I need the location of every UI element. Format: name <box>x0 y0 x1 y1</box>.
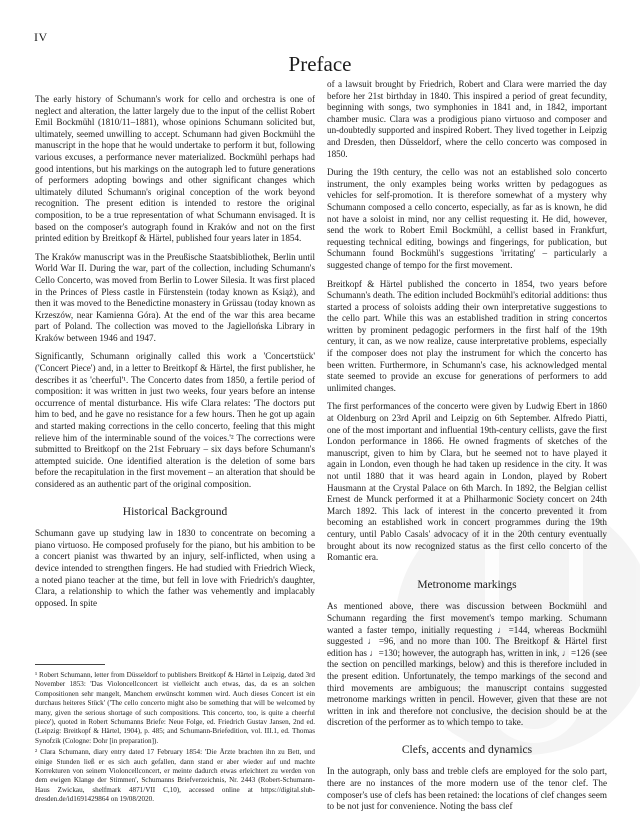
paragraph: Schumann gave up studying law in 1830 to… <box>35 528 315 609</box>
section-heading-metronome-markings: Metronome markings <box>327 580 607 592</box>
footnote-2: ² Clara Schumann, diary entry dated 17 F… <box>35 748 315 804</box>
paragraph: Significantly, Schumann originally calle… <box>35 351 315 490</box>
footnotes: ¹ Robert Schumann, letter from Düsseldor… <box>35 664 315 807</box>
right-column: of a lawsuit brought by Friedrich, Rober… <box>327 79 607 820</box>
paragraph: The Kraków manuscript was in the Preußis… <box>35 252 315 345</box>
paragraph: Breitkopf & Härtel published the concert… <box>327 279 607 395</box>
paragraph: The first performances of the concerto w… <box>327 401 607 563</box>
paragraph: During the 19th century, the cello was n… <box>327 167 607 271</box>
section-heading-historical-background: Historical Background <box>35 507 315 519</box>
paragraph: In the autograph, only bass and treble c… <box>327 766 607 812</box>
footnote-divider <box>35 664 105 665</box>
section-heading-clefs-accents-dynamics: Clefs, accents and dynamics <box>327 745 607 757</box>
page-title: Preface <box>0 52 640 77</box>
paragraph: of a lawsuit brought by Friedrich, Rober… <box>327 79 607 160</box>
page-number: IV <box>34 30 48 45</box>
paragraph: As mentioned above, there was discussion… <box>327 601 607 729</box>
paragraph: The early history of Schumann's work for… <box>35 94 315 245</box>
left-column: The early history of Schumann's work for… <box>35 94 315 616</box>
footnote-1: ¹ Robert Schumann, letter from Düsseldor… <box>35 671 315 746</box>
